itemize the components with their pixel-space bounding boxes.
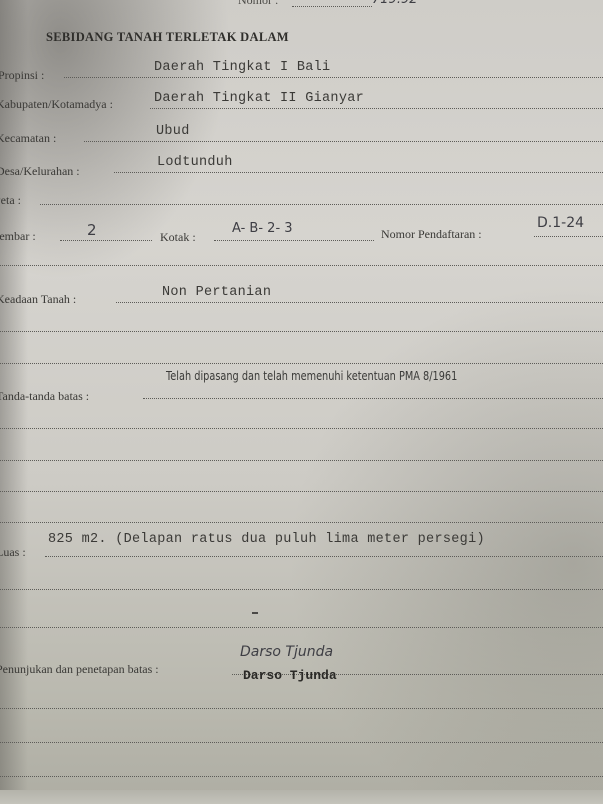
dotted-line bbox=[64, 77, 603, 78]
dotted-line bbox=[0, 491, 603, 492]
dotted-line bbox=[292, 6, 372, 7]
dotted-line bbox=[0, 708, 603, 709]
nomor-pendaftaran-label: Nomor Pendaftaran : bbox=[381, 227, 482, 242]
propinsi-value: Daerah Tingkat I Bali bbox=[154, 60, 330, 75]
propinsi-label: Propinsi : bbox=[0, 68, 44, 83]
scanned-document-page: Nomor : 719.92 SEBIDANG TANAH TERLETAK D… bbox=[0, 0, 603, 804]
keadaan-tanah-label: Keadaan Tanah : bbox=[0, 292, 76, 307]
lembar-value: 2 bbox=[87, 221, 97, 239]
keadaan-tanah-value: Non Pertanian bbox=[162, 285, 271, 300]
dotted-line bbox=[0, 363, 603, 364]
dotted-line bbox=[45, 556, 603, 557]
page-bottom-edge bbox=[0, 790, 603, 804]
dotted-line bbox=[114, 172, 603, 173]
dotted-line bbox=[0, 627, 603, 628]
dotted-line bbox=[0, 428, 603, 429]
dotted-line bbox=[214, 240, 374, 241]
dotted-line bbox=[150, 108, 603, 109]
desa-value: Lodtunduh bbox=[157, 155, 233, 170]
dotted-line bbox=[143, 398, 603, 399]
dotted-line bbox=[0, 265, 603, 266]
tanda-batas-label: Tanda-tanda batas : bbox=[0, 389, 89, 404]
kotak-label: Kotak : bbox=[160, 230, 196, 245]
dotted-line bbox=[0, 589, 603, 590]
dotted-line bbox=[60, 240, 152, 241]
section-title: SEBIDANG TANAH TERLETAK DALAM bbox=[46, 30, 289, 45]
desa-label: Desa/Kelurahan : bbox=[0, 164, 80, 179]
dotted-line bbox=[0, 460, 603, 461]
kecamatan-label: Kecamatan : bbox=[0, 131, 56, 146]
typed-name: Darso Tjunda bbox=[243, 668, 337, 683]
dotted-line bbox=[534, 236, 603, 237]
kecamatan-value: Ubud bbox=[156, 124, 190, 139]
dotted-line bbox=[116, 302, 603, 303]
luas-value: 825 m2. (Delapan ratus dua puluh lima me… bbox=[48, 532, 485, 547]
kotak-value: A- B- 2- 3 bbox=[232, 221, 293, 236]
dotted-line bbox=[84, 141, 603, 142]
dotted-line bbox=[0, 742, 603, 743]
nomor-value: 719.92 bbox=[372, 0, 418, 7]
lembar-label: Lembar : bbox=[0, 229, 36, 244]
dotted-line bbox=[40, 204, 603, 205]
nomor-pendaftaran-value: D.1-24 bbox=[537, 215, 584, 231]
kabupaten-label: Kabupaten/Kotamadya : bbox=[0, 97, 113, 112]
penunjukan-label: Penunjukan dan penetapan batas : bbox=[0, 662, 159, 677]
dotted-line bbox=[0, 522, 603, 523]
dotted-line bbox=[0, 776, 603, 777]
nomor-label: Nomor : bbox=[238, 0, 278, 8]
peta-label: Peta : bbox=[0, 193, 21, 208]
handwritten-signature: Darso Tjunda bbox=[240, 644, 333, 660]
luas-label: Luas : bbox=[0, 545, 26, 560]
boundary-marker-stamp: Telah dipasang dan telah memenuhi ketent… bbox=[166, 368, 457, 383]
kabupaten-value: Daerah Tingkat II Gianyar bbox=[154, 91, 364, 106]
ink-mark bbox=[252, 612, 258, 614]
dotted-line bbox=[0, 331, 603, 332]
